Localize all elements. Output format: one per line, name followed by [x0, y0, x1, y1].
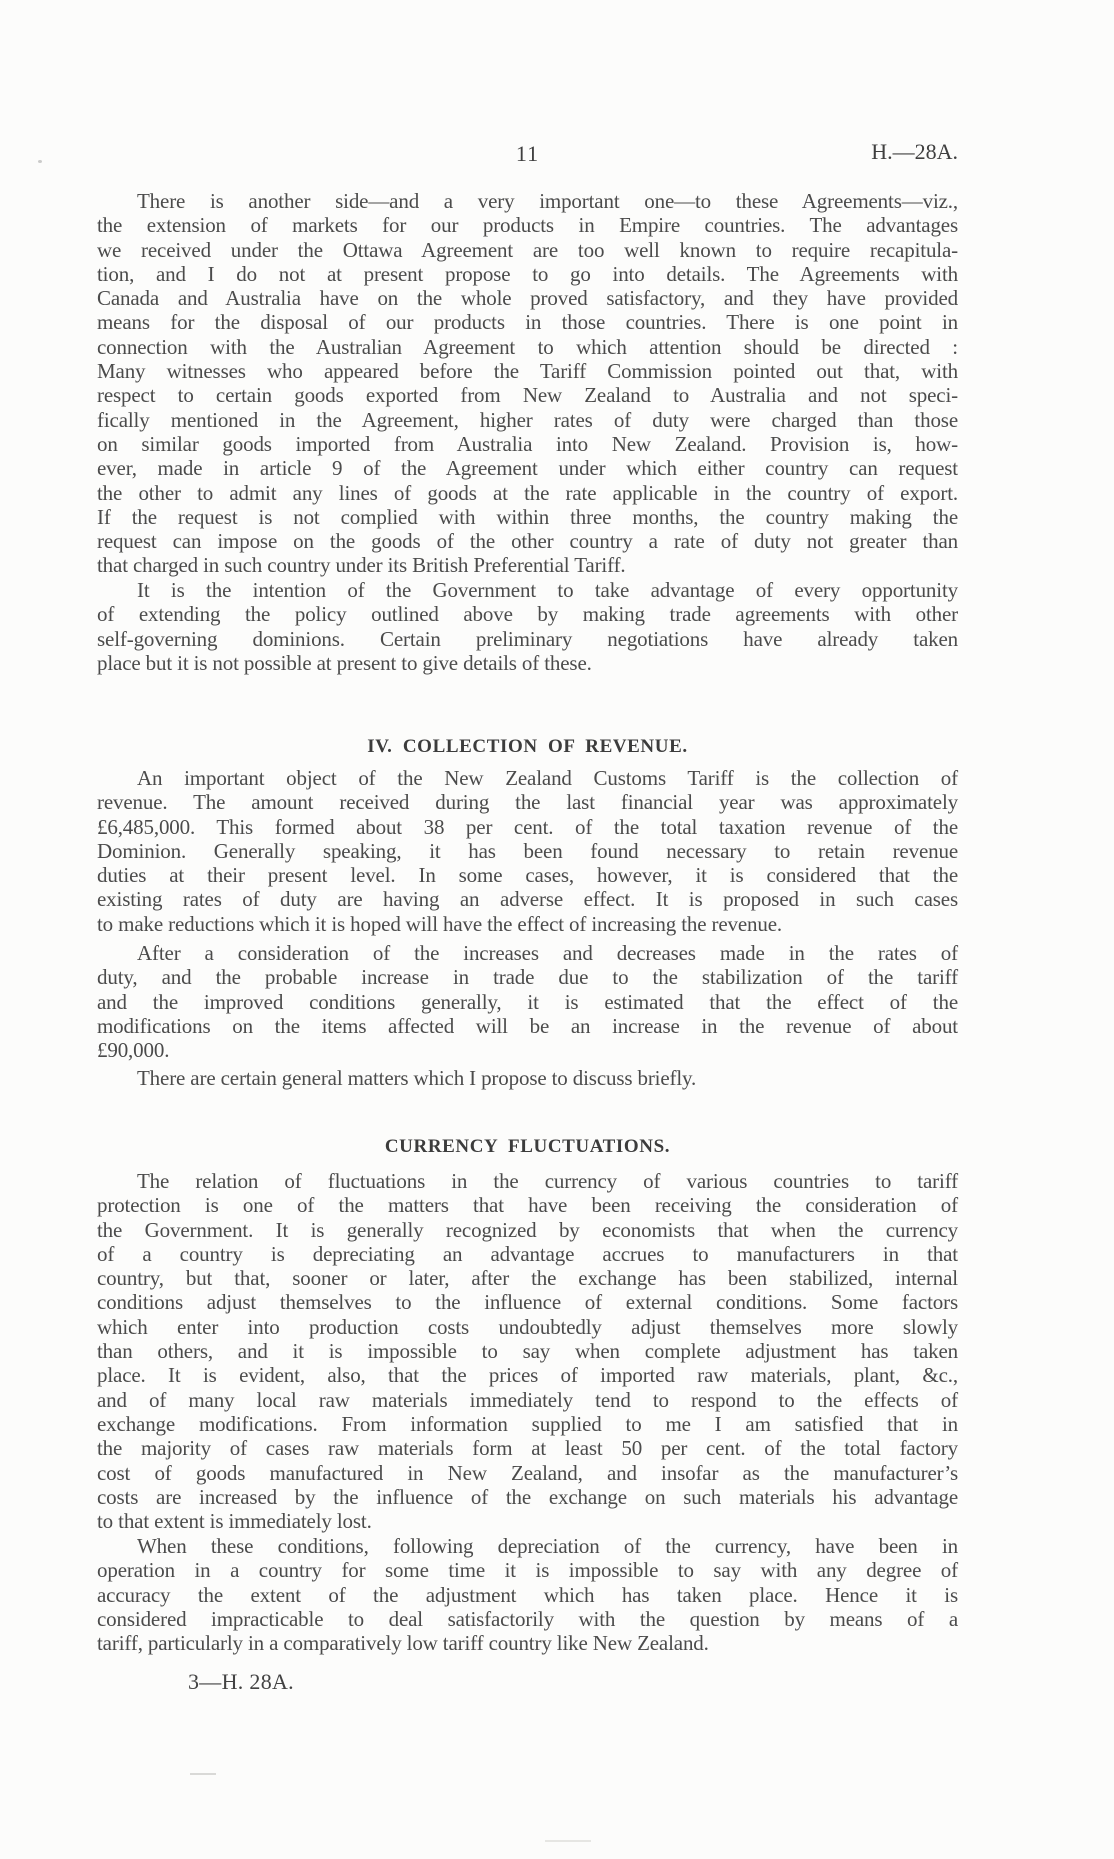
- heading-currency-fluctuations: CURRENCY FLUCTUATIONS.: [97, 1135, 958, 1159]
- paragraph-3: An important object of the New Zealand C…: [97, 766, 958, 936]
- text-line: and of many local raw materials immediat…: [97, 1388, 958, 1412]
- text-line: conditions adjust themselves to the infl…: [97, 1290, 958, 1314]
- text-line: tariff, particularly in a comparatively …: [97, 1631, 958, 1655]
- text-line: exchange modifications. From information…: [97, 1412, 958, 1436]
- text-line: After a consideration of the increases a…: [97, 941, 958, 965]
- text-line: we received under the Ottawa Agreement a…: [97, 238, 958, 262]
- text-line: on similar goods imported from Australia…: [97, 432, 958, 456]
- paragraph-6: The relation of fluctuations in the curr…: [97, 1169, 958, 1533]
- text-line: ever, made in article 9 of the Agreement…: [97, 456, 958, 480]
- text-line: Dominion. Generally speaking, it has bee…: [97, 839, 958, 863]
- text-line: It is the intention of the Government to…: [97, 578, 958, 602]
- scan-artifact-line: [190, 1773, 216, 1775]
- paragraph-4: After a consideration of the increases a…: [97, 941, 958, 1062]
- paragraph-1: There is another side—and a very importa…: [97, 189, 958, 578]
- text-line: to make reductions which it is hoped wil…: [97, 912, 958, 936]
- document-page: 11 H.—28A. There is another side—and a v…: [0, 0, 1114, 1859]
- text-line: of a country is depreciating an advantag…: [97, 1242, 958, 1266]
- text-line: and the improved conditions generally, i…: [97, 990, 958, 1014]
- text-line: connection with the Australian Agreement…: [97, 335, 958, 359]
- text-line: An important object of the New Zealand C…: [97, 766, 958, 790]
- paragraph-5: There are certain general matters which …: [97, 1066, 958, 1090]
- text-line: means for the disposal of our products i…: [97, 310, 958, 334]
- text-line: existing rates of duty are having an adv…: [97, 887, 958, 911]
- text-line: Canada and Australia have on the whole p…: [97, 286, 958, 310]
- text-line: modifications on the items affected will…: [97, 1014, 958, 1038]
- text-line: than others, and it is impossible to say…: [97, 1339, 958, 1363]
- page-footer-signature: 3—H. 28A.: [188, 1669, 294, 1695]
- heading-collection-of-revenue: IV. COLLECTION OF REVENUE.: [97, 735, 958, 759]
- text-line: of extending the policy outlined above b…: [97, 602, 958, 626]
- text-line: revenue. The amount received during the …: [97, 790, 958, 814]
- text-line: £6,485,000. This formed about 38 per cen…: [97, 815, 958, 839]
- text-line: respect to certain goods exported from N…: [97, 383, 958, 407]
- scan-speck: [38, 160, 42, 163]
- text-line: self-governing dominions. Certain prelim…: [97, 627, 958, 651]
- text-line: cost of goods manufactured in New Zealan…: [97, 1461, 958, 1485]
- text-line: duty, and the probable increase in trade…: [97, 965, 958, 989]
- text-line: country, but that, sooner or later, afte…: [97, 1266, 958, 1290]
- text-line: the other to admit any lines of goods at…: [97, 481, 958, 505]
- text-line: protection is one of the matters that ha…: [97, 1193, 958, 1217]
- text-line: place. It is evident, also, that the pri…: [97, 1363, 958, 1387]
- text-line: tion, and I do not at present propose to…: [97, 262, 958, 286]
- page-header: 11 H.—28A.: [97, 139, 958, 169]
- page-number: 11: [97, 141, 958, 167]
- text-line: fically mentioned in the Agreement, high…: [97, 408, 958, 432]
- text-line: costs are increased by the influence of …: [97, 1485, 958, 1509]
- text-line: There are certain general matters which …: [97, 1066, 958, 1090]
- text-line: operation in a country for some time it …: [97, 1558, 958, 1582]
- text-line: If the request is not complied with with…: [97, 505, 958, 529]
- text-line: to that extent is immediately lost.: [97, 1509, 958, 1533]
- text-line: There is another side—and a very importa…: [97, 189, 958, 213]
- scan-artifact-line: [545, 1840, 591, 1842]
- text-line: £90,000.: [97, 1038, 958, 1062]
- document-reference: H.—28A.: [871, 139, 958, 165]
- text-line: accuracy the extent of the adjustment wh…: [97, 1583, 958, 1607]
- text-line: the Government. It is generally recogniz…: [97, 1218, 958, 1242]
- text-line: the majority of cases raw materials form…: [97, 1436, 958, 1460]
- text-line: which enter into production costs undoub…: [97, 1315, 958, 1339]
- text-line: The relation of fluctuations in the curr…: [97, 1169, 958, 1193]
- text-line: that charged in such country under its B…: [97, 553, 958, 577]
- text-line: the extension of markets for our product…: [97, 213, 958, 237]
- paragraph-2: It is the intention of the Government to…: [97, 578, 958, 675]
- text-line: Many witnesses who appeared before the T…: [97, 359, 958, 383]
- text-line: considered impracticable to deal satisfa…: [97, 1607, 958, 1631]
- paragraph-7: When these conditions, following depreci…: [97, 1534, 958, 1655]
- text-line: request can impose on the goods of the o…: [97, 529, 958, 553]
- text-line: place but it is not possible at present …: [97, 651, 958, 675]
- text-line: duties at their present level. In some c…: [97, 863, 958, 887]
- text-line: When these conditions, following depreci…: [97, 1534, 958, 1558]
